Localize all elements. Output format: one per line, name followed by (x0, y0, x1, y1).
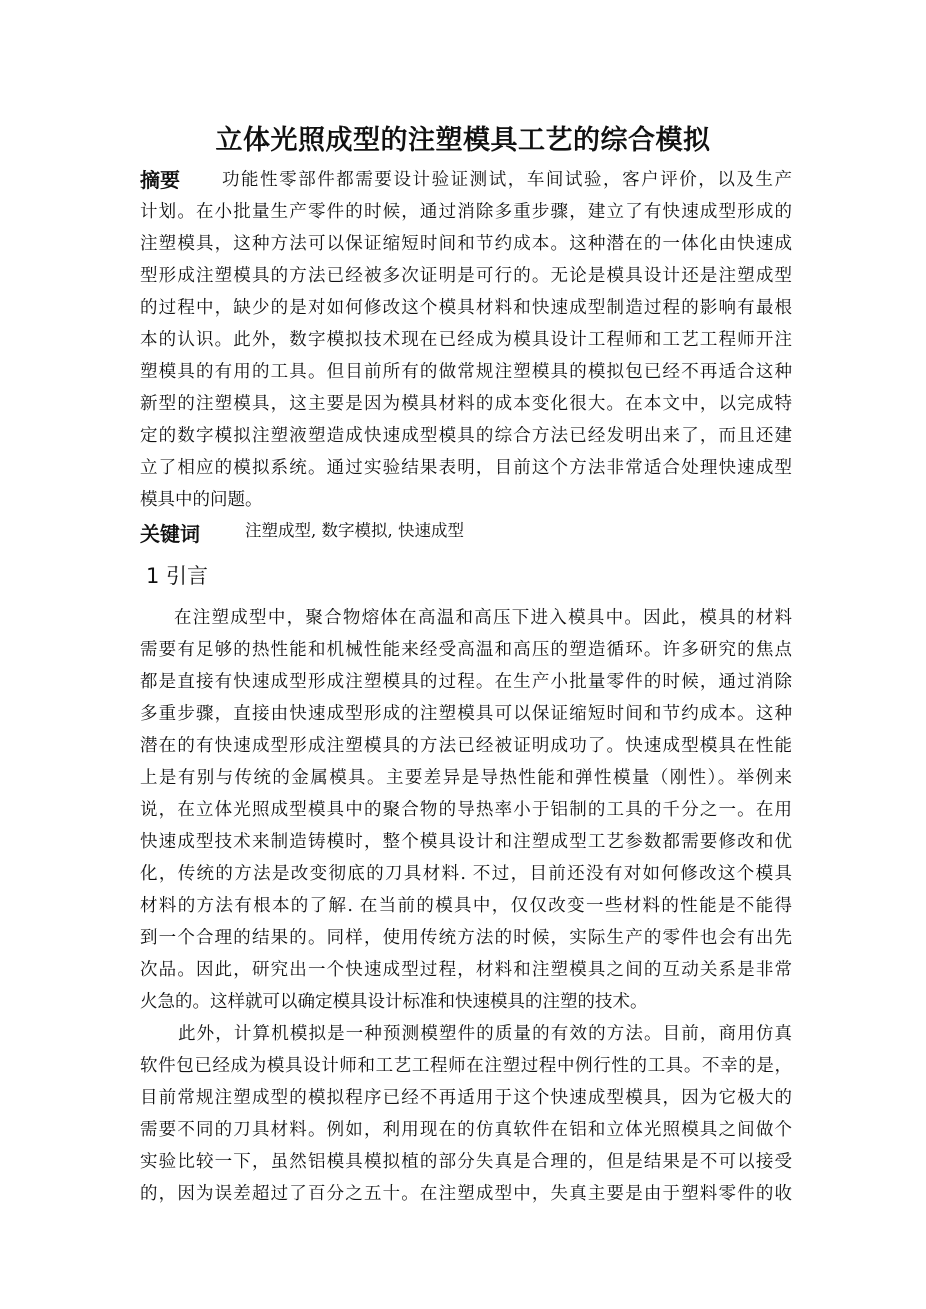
body-line: 多重步骤，直接由快速成型形成的注塑模具可以保证缩短时间和节约成本。这种 (140, 698, 792, 730)
body-line: 需要不同的刀具材料。例如，利用现在的仿真软件在铝和立体光照模具之间做个 (140, 1114, 792, 1146)
abstract-line: 本的认识。此外，数字模拟技术现在已经成为模具设计工程师和工艺工程师开注 (140, 324, 792, 356)
abstract-label: 摘要 (140, 164, 180, 193)
abstract-line: 的过程中，缺少的是对如何修改这个模具材料和快速成型制造过程的影响有最根 (140, 292, 792, 324)
body-line: 实验比较一下，虽然铝模具模拟植的部分失真是合理的，但是结果是不可以接受 (140, 1146, 792, 1178)
body-line: 说，在立体光照成型模具中的聚合物的导热率小于铝制的工具的千分之一。在用 (140, 794, 792, 826)
abstract-line: 塑模具的有用的工具。但目前所有的做常规注塑模具的模拟包已经不再适合这种 (140, 356, 792, 388)
section-heading: 1 引言 (146, 560, 208, 590)
body-line: 上是有别与传统的金属模具。主要差异是导热性能和弹性模量（刚性）。举例来 (140, 762, 792, 794)
abstract-line: 型形成注塑模具的方法已经被多次证明是可行的。无论是模具设计还是注塑成型 (140, 260, 792, 292)
body-line: 次品。因此，研究出一个快速成型过程，材料和注塑模具之间的互动关系是非常 (140, 954, 792, 986)
body-line: 需要有足够的热性能和机械性能来经受高温和高压的塑造循环。许多研究的焦点 (140, 634, 792, 666)
abstract-line: 功能性零部件都需要设计验证测试，车间试验，客户评价，以及生产 (222, 164, 792, 196)
abstract-line: 计划。在小批量生产零件的时候，通过消除多重步骤，建立了有快速成型形成的 (140, 196, 792, 228)
keywords-label: 关键词 (140, 518, 200, 547)
body-line: 在注塑成型中，聚合物熔体在高温和高压下进入模具中。因此，模具的材料 (174, 602, 792, 634)
body-line: 材料的方法有根本的了解. 在当前的模具中，仅仅改变一些材料的性能是不能得 (140, 890, 792, 922)
abstract-line: 新型的注塑模具，这主要是因为模具材料的成本变化很大。在本文中，以完成特 (140, 388, 792, 420)
body-line: 快速成型技术来制造铸模时，整个模具设计和注塑成型工艺参数都需要修改和优 (140, 826, 792, 858)
paper-title: 立体光照成型的注塑模具工艺的综合模拟 (0, 118, 926, 157)
abstract-line: 注塑模具，这种方法可以保证缩短时间和节约成本。这种潜在的一体化由快速成 (140, 228, 792, 260)
body-line: 目前常规注塑成型的模拟程序已经不再适用于这个快速成型模具，因为它极大的 (140, 1082, 792, 1114)
abstract-line: 立了相应的模拟系统。通过实验结果表明，目前这个方法非常适合处理快速成型 (140, 452, 792, 484)
body-line: 火急的。这样就可以确定模具设计标准和快速模具的注塑的技术。 (140, 986, 792, 1018)
keywords-value: 注塑成型, 数字模拟, 快速成型 (245, 515, 464, 547)
body-line: 软件包已经成为模具设计师和工艺工程师在注塑过程中例行性的工具。不幸的是， (140, 1050, 792, 1082)
body-line: 到一个合理的结果的。同样，使用传统方法的时候，实际生产的零件也会有出先 (140, 922, 792, 954)
body-line: 都是直接有快速成型形成注塑模具的过程。在生产小批量零件的时候，通过消除 (140, 666, 792, 698)
abstract-line: 模具中的问题。 (140, 484, 792, 516)
abstract-line: 定的数字模拟注塑液塑造成快速成型模具的综合方法已经发明出来了，而且还建 (140, 420, 792, 452)
body-line: 的，因为误差超过了百分之五十。在注塑成型中，失真主要是由于塑料零件的收 (140, 1178, 792, 1210)
body-line: 潜在的有快速成型形成注塑模具的方法已经被证明成功了。快速成型模具在性能 (140, 730, 792, 762)
body-line: 化，传统的方法是改变彻底的刀具材料. 不过，目前还没有对如何修改这个模具 (140, 858, 792, 890)
body-line: 此外，计算机模拟是一种预测模塑件的质量的有效的方法。目前，商用仿真 (178, 1018, 792, 1050)
